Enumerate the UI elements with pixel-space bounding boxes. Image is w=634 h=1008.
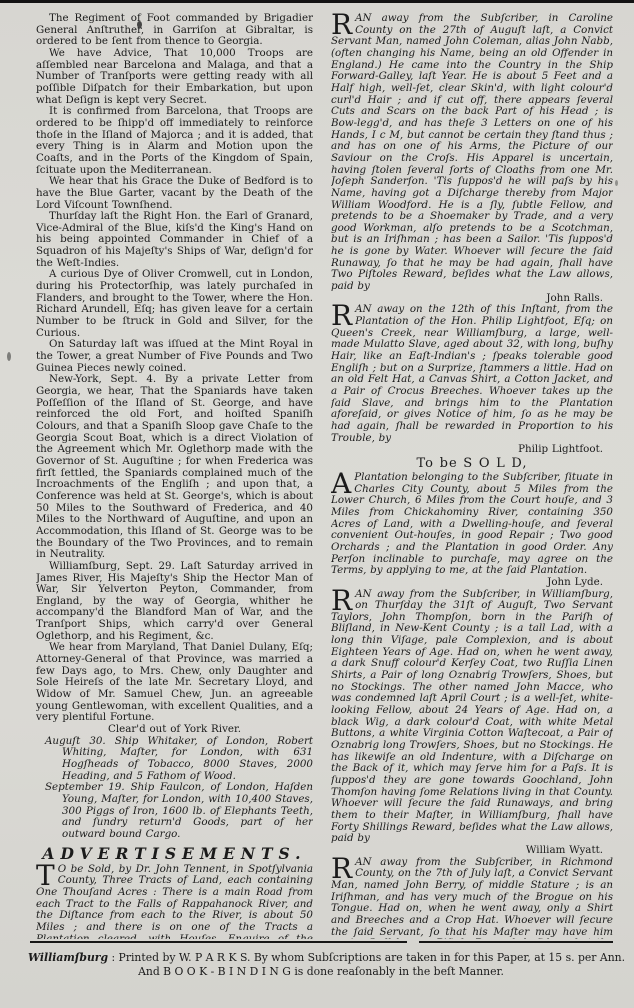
shipping-faulcon: September 19. Ship Faulcon, of London, H…: [36, 782, 313, 840]
footer-rule-left: [30, 941, 407, 943]
ad-runaway-taylors: RAN away from the Subſcriber, in William…: [331, 589, 613, 845]
footer-rule-right: [419, 941, 613, 943]
news-maryland-marriage: We hear from Maryland, That Daniel Dulan…: [36, 642, 313, 724]
cleared-york-river: Clear'd out of York River.: [36, 724, 313, 736]
ad-runaway-berry: RAN away from the Subſcriber, in Richmon…: [331, 857, 613, 939]
ink-speck: [615, 180, 618, 186]
newspaper-page: The Regiment of Foot commanded by Brigad…: [0, 0, 634, 1008]
news-cromwell-dye: A curious Dye of Oliver Cromwell, cut in…: [36, 269, 313, 339]
news-earl-of-granard: Thurſday laſt the Right Hon. the Earl of…: [36, 211, 313, 269]
imprint-line1: Williamſburg : Printed by W. P A R K S. …: [28, 951, 614, 965]
news-williamsburg-arrival: Williamſburg, Sept. 29. Laſt Saturday ar…: [36, 561, 313, 643]
drop-cap: R: [331, 13, 355, 36]
ad-runaway-coleman: RAN away from the Subſcriber, in Carolin…: [331, 13, 613, 293]
news-duke-of-bedford: We hear that his Grace the Duke of Bedfo…: [36, 176, 313, 211]
left-column: The Regiment of Foot commanded by Brigad…: [36, 13, 313, 939]
drop-cap: R: [331, 589, 355, 612]
news-troops-barcelona: We have Advice, That 10,000 Troops are a…: [36, 48, 313, 106]
to-be-sold-heading: To be S O L D,: [331, 457, 613, 471]
drop-cap: R: [331, 304, 355, 327]
ad-runaway-lightfoot-slave: RAN away on the 12th of this Inſtant, fr…: [331, 304, 613, 444]
advertisements-heading: ADVERTISEMENTS.: [36, 845, 313, 862]
ad-tennent-land: TO be Sold, by Dr. John Tennent, in Spot…: [36, 864, 313, 939]
ad-plantation-charles-city: APlantation belonging to the Subſcriber,…: [331, 472, 613, 577]
signature: John Lyde.: [331, 577, 613, 589]
top-border-rule: [0, 0, 634, 3]
drop-cap: T: [36, 864, 58, 887]
signature: Philip Lightfoot.: [331, 444, 613, 456]
ink-speck: [7, 352, 11, 361]
shipping-whitaker: Auguſt 30. Ship Whitaker, of London, Rob…: [36, 736, 313, 783]
news-new-york: New-York, Sept. 4. By a private Letter f…: [36, 374, 313, 561]
news-majorca: It is confirmed from Barcelona, that Tro…: [36, 106, 313, 176]
imprint-line1-text: : Printed by W. P A R K S. By whom Subſc…: [108, 951, 625, 964]
imprint-footer: Williamſburg : Printed by W. P A R K S. …: [28, 951, 614, 978]
right-column: RAN away from the Subſcriber, in Carolin…: [331, 13, 613, 939]
news-mint-royal: On Saturday laſt was iſſued at the Mint …: [36, 339, 313, 374]
drop-cap: A: [331, 472, 354, 495]
imprint-place: Williamſburg: [28, 951, 108, 964]
imprint-line2: And B O O K - B I N D I N G is done reaſ…: [28, 965, 614, 979]
signature: William Wyatt.: [331, 845, 613, 857]
drop-cap: R: [331, 857, 355, 880]
news-regiment-of-foot: The Regiment of Foot commanded by Brigad…: [36, 13, 313, 48]
